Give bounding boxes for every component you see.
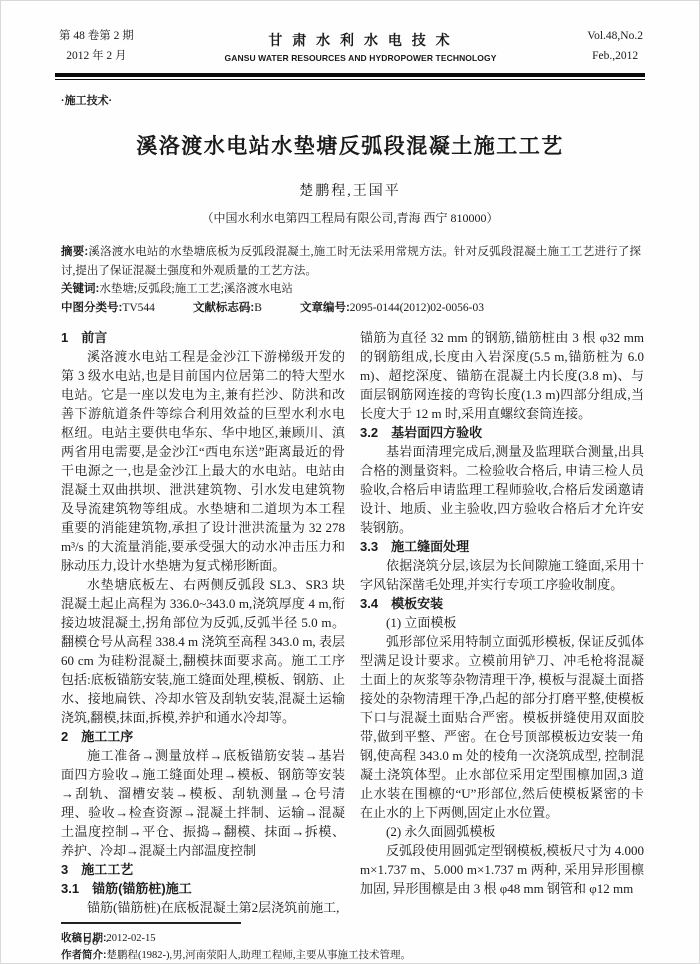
journal-name: 甘 肃 水 利 水 电 技 术 GANSU WATER RESOURCES AN… bbox=[225, 30, 497, 63]
footnote-divider bbox=[61, 922, 241, 924]
header-divider-thick-line bbox=[55, 73, 645, 77]
volume-number: Vol.48,No.2 bbox=[587, 27, 643, 47]
keywords-label: 关键词: bbox=[61, 283, 99, 295]
body-paragraph: 施工准备→测量放样→底板锚筋安装→基岩面四方验收→施工缝面处理→模板、钢筋等安装… bbox=[61, 746, 345, 860]
body-paragraph: (2) 永久面圆弧模板 bbox=[360, 822, 644, 841]
left-column: 1 前言溪洛渡水电站工程是金沙江下游梯级开发的第 3 级水电站,也是目前国内位居… bbox=[61, 328, 345, 917]
document-code-label: 文献标志码: bbox=[193, 302, 254, 314]
document-code: 文献标志码:B bbox=[193, 299, 262, 318]
issue-info: 第 48 卷第 2 期 2012 年 2 月 bbox=[59, 27, 134, 66]
keywords-text: 水垫塘;反弧段;施工工艺;溪洛渡水电站 bbox=[99, 283, 293, 295]
body-paragraph: 弧形部位采用特制立面弧形模板, 保证反弧体型满足设计要求。立模前用铲刀、冲毛枪将… bbox=[360, 632, 644, 822]
body-paragraph: 反弧段使用圆弧定型钢模板,模板尺寸为 4.000 m×1.737 m、5.000… bbox=[360, 841, 644, 898]
body-paragraph: 依据浇筑分层,该层为长间隙施工缝面,采用十字风钻深凿毛处理,并实行专项工序验收制… bbox=[360, 556, 644, 594]
body-paragraph: 基岩面清理完成后,测量及监理联合测量,出具合格的测量资料。二检验收合格后, 申请… bbox=[360, 442, 644, 537]
journal-name-en: GANSU WATER RESOURCES AND HYDROPOWER TEC… bbox=[225, 53, 497, 63]
body-paragraph: 锚筋(锚筋桩)在底板混凝土第2层浇筑前施工, bbox=[61, 898, 345, 917]
issue-volume: 第 48 卷第 2 期 bbox=[59, 27, 134, 47]
header-divider bbox=[55, 73, 645, 80]
received-date-line: 收稿日期:2012-02-15 bbox=[61, 930, 641, 948]
section-heading: 3 施工工艺 bbox=[61, 860, 345, 879]
classification-row: 中图分类号:TV544 文献标志码:B 文章编号:2095-0144(2012)… bbox=[61, 299, 641, 318]
column-label: ·施工技术· bbox=[61, 92, 699, 108]
article-title: 溪洛渡水电站水垫塘反弧段混凝土施工工艺 bbox=[1, 130, 699, 160]
issue-date: 2012 年 2 月 bbox=[59, 47, 134, 67]
body-paragraph: 锚筋为直径 32 mm 的钢筋,锚筋桩由 3 根 φ32 mm 的钢筋组成,长度… bbox=[360, 328, 644, 423]
author-bio-label: 作者简介: bbox=[61, 949, 107, 961]
body-paragraph: 水垫塘底板左、右两侧反弧段 SL3、SR3 块混凝土起止高程为 336.0~34… bbox=[61, 575, 345, 727]
abstract-text: 溪洛渡水电站的水垫塘底板为反弧段混凝土,施工时无法采用常规方法。针对反弧段混凝土… bbox=[61, 246, 641, 277]
clc-label: 中图分类号: bbox=[61, 302, 122, 314]
section-heading: 3.1 锚筋(锚筋桩)施工 bbox=[61, 879, 345, 898]
article-affiliation: （中国水利水电第四工程局有限公司,青海 西宁 810000） bbox=[1, 209, 699, 226]
footnote: 收稿日期:2012-02-15 作者简介:楚鹏程(1982-),男,河南荥阳人,… bbox=[61, 922, 641, 964]
article-number: 文章编号:2095-0144(2012)02-0056-03 bbox=[300, 299, 484, 318]
clc-number: 中图分类号:TV544 bbox=[61, 299, 155, 318]
section-heading: 3.2 基岩面四方验收 bbox=[360, 423, 644, 442]
article-body: 1 前言溪洛渡水电站工程是金沙江下游梯级开发的第 3 级水电站,也是目前国内位居… bbox=[61, 328, 644, 917]
keywords: 关键词:水垫塘;反弧段;施工工艺;溪洛渡水电站 bbox=[61, 280, 641, 299]
page-number: · 56 · bbox=[73, 934, 111, 949]
article-number-label: 文章编号: bbox=[300, 302, 350, 314]
author-bio-line: 作者简介:楚鹏程(1982-),男,河南荥阳人,助理工程师,主要从事施工技术管理… bbox=[61, 947, 641, 964]
article-authors: 楚鹏程,王国平 bbox=[1, 180, 699, 200]
section-heading: 1 前言 bbox=[61, 328, 345, 347]
volume-date: Feb.,2012 bbox=[587, 47, 643, 67]
received-date-value: 2012-02-15 bbox=[107, 933, 156, 944]
journal-page: 第 48 卷第 2 期 2012 年 2 月 甘 肃 水 利 水 电 技 术 G… bbox=[0, 0, 700, 964]
article-meta: 摘要:溪洛渡水电站的水垫塘底板为反弧段混凝土,施工时无法采用常规方法。针对反弧段… bbox=[61, 243, 641, 317]
article-number-value: 2095-0144(2012)02-0056-03 bbox=[350, 302, 484, 314]
author-bio-value: 楚鹏程(1982-),男,河南荥阳人,助理工程师,主要从事施工技术管理。 bbox=[107, 950, 412, 961]
journal-name-cn: 甘 肃 水 利 水 电 技 术 bbox=[225, 30, 497, 50]
section-heading: 2 施工工序 bbox=[61, 727, 345, 746]
section-heading: 3.4 模板安装 bbox=[360, 594, 644, 613]
abstract: 摘要:溪洛渡水电站的水垫塘底板为反弧段混凝土,施工时无法采用常规方法。针对反弧段… bbox=[61, 243, 641, 280]
right-column: 锚筋为直径 32 mm 的钢筋,锚筋桩由 3 根 φ32 mm 的钢筋组成,长度… bbox=[360, 328, 644, 917]
header-divider-thin-line bbox=[55, 79, 645, 81]
section-heading: 3.3 施工缝面处理 bbox=[360, 537, 644, 556]
volume-info: Vol.48,No.2 Feb.,2012 bbox=[587, 27, 643, 66]
clc-value: TV544 bbox=[122, 302, 155, 314]
body-paragraph: (1) 立面模板 bbox=[360, 613, 644, 632]
body-paragraph: 溪洛渡水电站工程是金沙江下游梯级开发的第 3 级水电站,也是目前国内位居第二的特… bbox=[61, 347, 345, 575]
document-code-value: B bbox=[254, 302, 262, 314]
abstract-label: 摘要: bbox=[61, 246, 88, 258]
journal-header: 第 48 卷第 2 期 2012 年 2 月 甘 肃 水 利 水 电 技 术 G… bbox=[59, 27, 643, 66]
